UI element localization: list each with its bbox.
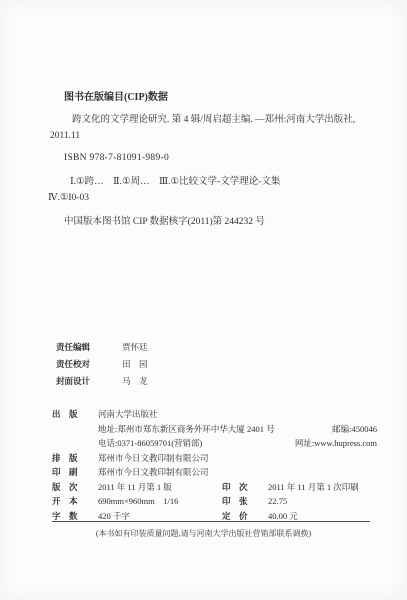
colophon-block: 出 版 河南大学出版社 地址:郑州市郑东新区商务外环中华大厦 2401 号 邮编… [52, 407, 377, 523]
credit-label: 封面设计 [56, 373, 106, 390]
credit-name: 田 园 [122, 356, 148, 373]
postcode-text: 邮编:450046 [332, 422, 377, 437]
address-line: 地址:郑州市郑东新区商务外环中华大厦 2401 号 邮编:450046 [52, 422, 377, 437]
credit-row-proofreader: 责任校对 田 园 [56, 356, 148, 373]
credits-block: 责任编辑 贾怀廷 责任校对 田 园 封面设计 马 龙 [56, 339, 148, 390]
isbn-line: ISBN 978-7-81091-989-0 [48, 150, 379, 166]
sheets-label: 印 张 [222, 494, 260, 509]
credit-row-editor: 责任编辑 贾怀廷 [56, 339, 148, 356]
format-label: 开 本 [52, 494, 90, 509]
cip-record-number: 中国版本图书馆 CIP 数据核字(2011)第 244232 号 [48, 214, 379, 230]
phone-line: 电话:0371-86059701(营销部) 网址:www.hupress.com [52, 436, 377, 451]
edition-row: 版 次 2011 年 11 月第 1 版 印 次 2011 年 11 月第 1 … [52, 480, 377, 495]
publisher-name: 河南大学出版社 [98, 407, 158, 422]
credit-name: 马 龙 [122, 373, 148, 390]
website-text: 网址:www.hupress.com [295, 436, 377, 451]
printer-label: 印 刷 [52, 465, 90, 480]
cip-block: 图书在版编目(CIP)数据 跨文化的文学理论研究. 第 4 辑/周启超主编. —… [48, 90, 379, 230]
printer-row: 印 刷 郑州市今日文教印制有限公司 [52, 465, 377, 480]
footer-note: (本书如有印装质量问题,请与河南大学出版社营销部联系调换) [0, 528, 407, 539]
address-text: 地址:郑州市郑东新区商务外环中华大厦 2401 号 [98, 422, 275, 437]
printer-name: 郑州市今日文教印制有限公司 [98, 465, 209, 480]
sheets-value: 22.75 [268, 494, 287, 509]
phone-text: 电话:0371-86059701(营销部) [98, 436, 202, 451]
cip-title-line-2: 2011.11 [48, 128, 379, 144]
classification-line-1: Ⅰ.①跨… Ⅱ.①周… Ⅲ.①比较文学-文学理论-文集 [48, 174, 379, 190]
publisher-row: 出 版 河南大学出版社 [52, 407, 377, 422]
format-row: 开 本 690mm×960mm 1/16 印 张 22.75 [52, 494, 377, 509]
credit-name: 贾怀廷 [122, 339, 148, 356]
credit-label: 责任校对 [56, 356, 106, 373]
divider-rule [52, 521, 370, 522]
edition-label: 版 次 [52, 480, 90, 495]
classification-line-2: Ⅳ.①I0-03 [48, 190, 379, 206]
typeset-row: 排 版 郑州市今日文教印制有限公司 [52, 451, 377, 466]
credit-row-cover-designer: 封面设计 马 龙 [56, 373, 148, 390]
typeset-name: 郑州市今日文教印制有限公司 [98, 451, 209, 466]
format-value: 690mm×960mm 1/16 [98, 494, 178, 509]
impression-value: 2011 年 11 月第 1 次印刷 [268, 480, 359, 495]
publisher-label: 出 版 [52, 407, 90, 422]
edition-value: 2011 年 11 月第 1 版 [98, 480, 172, 495]
impression-label: 印 次 [222, 480, 260, 495]
credit-label: 责任编辑 [56, 339, 106, 356]
cip-title-line-1: 跨文化的文学理论研究. 第 4 辑/周启超主编. —郑州:河南大学出版社, [48, 112, 379, 128]
cip-header: 图书在版编目(CIP)数据 [48, 90, 379, 106]
typeset-label: 排 版 [52, 451, 90, 466]
copyright-page: 图书在版编目(CIP)数据 跨文化的文学理论研究. 第 4 辑/周启超主编. —… [0, 0, 407, 600]
